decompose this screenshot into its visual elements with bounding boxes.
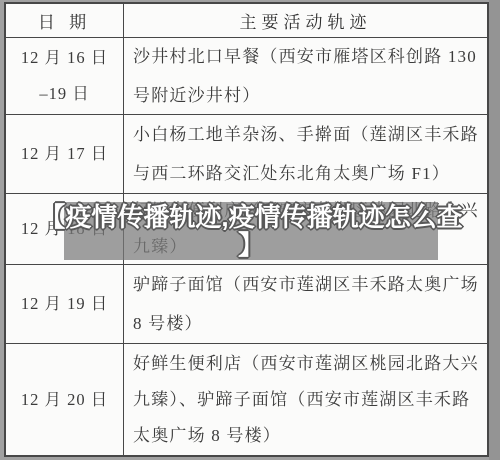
photo-edge-strip — [489, 0, 500, 460]
activity-text: 小白杨工地羊杂汤、手擀面（莲湖区丰禾路 — [133, 115, 484, 154]
date-text: –19 日 — [39, 76, 89, 112]
date-text: 12 月 20 日 — [21, 382, 108, 418]
activity-text: 号附近沙井村） — [133, 76, 484, 114]
table-row-date: 12 月 16 日 –19 日 — [6, 37, 123, 114]
header-activity-label: 主要活动轨迹 — [240, 8, 372, 33]
table-row-date: 12 月 20 日 — [6, 343, 123, 455]
table-row-activity: 沙井村北口早餐（西安市雁塔区科创路 130 号附近沙井村） — [123, 37, 487, 114]
header-activity: 主要活动轨迹 — [123, 4, 487, 37]
date-text: 12 月 17 日 — [21, 136, 108, 172]
table-row-activity: 好鲜生便利店（西安市莲湖区桃园北路大兴 九臻）、驴蹄子面馆（西安市莲湖区丰禾路 … — [123, 343, 487, 455]
table-row-date: 12 月 19 日 — [6, 264, 123, 343]
activity-text: 8 号楼） — [133, 304, 484, 343]
date-text: 12 月 19 日 — [21, 286, 108, 322]
activity-text: 驴蹄子面馆（西安市莲湖区丰禾路太奥广场 — [133, 265, 484, 304]
table-row-activity: 驴蹄子面馆（西安市莲湖区丰禾路太奥广场 8 号楼） — [123, 264, 487, 343]
watermark-banner: 【疫情传播轨迹,疫情传播轨迹怎么查 】 — [64, 202, 438, 260]
activity-text: 沙井村北口早餐（西安市雁塔区科创路 130 — [133, 37, 484, 76]
activity-text: 好鲜生便利店（西安市莲湖区桃园北路大兴 — [133, 346, 484, 382]
date-text: 12 月 16 日 — [21, 40, 108, 76]
table-row-activity: 小白杨工地羊杂汤、手擀面（莲湖区丰禾路 与西二环路交汇处东北角太奥广场 F1） — [123, 114, 487, 193]
header-date-label: 日 期 — [38, 8, 91, 33]
watermark-title-line2: 】 — [238, 231, 264, 259]
table-row-date: 12 月 17 日 — [6, 114, 123, 193]
activity-text: 九臻）、驴蹄子面馆（西安市莲湖区丰禾路 — [133, 382, 484, 418]
watermark-title-line1: 【疫情传播轨迹,疫情传播轨迹怎么查 — [39, 203, 462, 231]
header-date: 日 期 — [6, 4, 123, 37]
activity-text: 与西二环路交汇处东北角太奥广场 F1） — [133, 154, 484, 193]
activity-text: 太奥广场 8 号楼） — [133, 418, 484, 454]
screenshot-photo: 日 期 主要活动轨迹 12 月 16 日 –19 日 沙井村北口早餐（西安市雁塔… — [0, 0, 500, 460]
